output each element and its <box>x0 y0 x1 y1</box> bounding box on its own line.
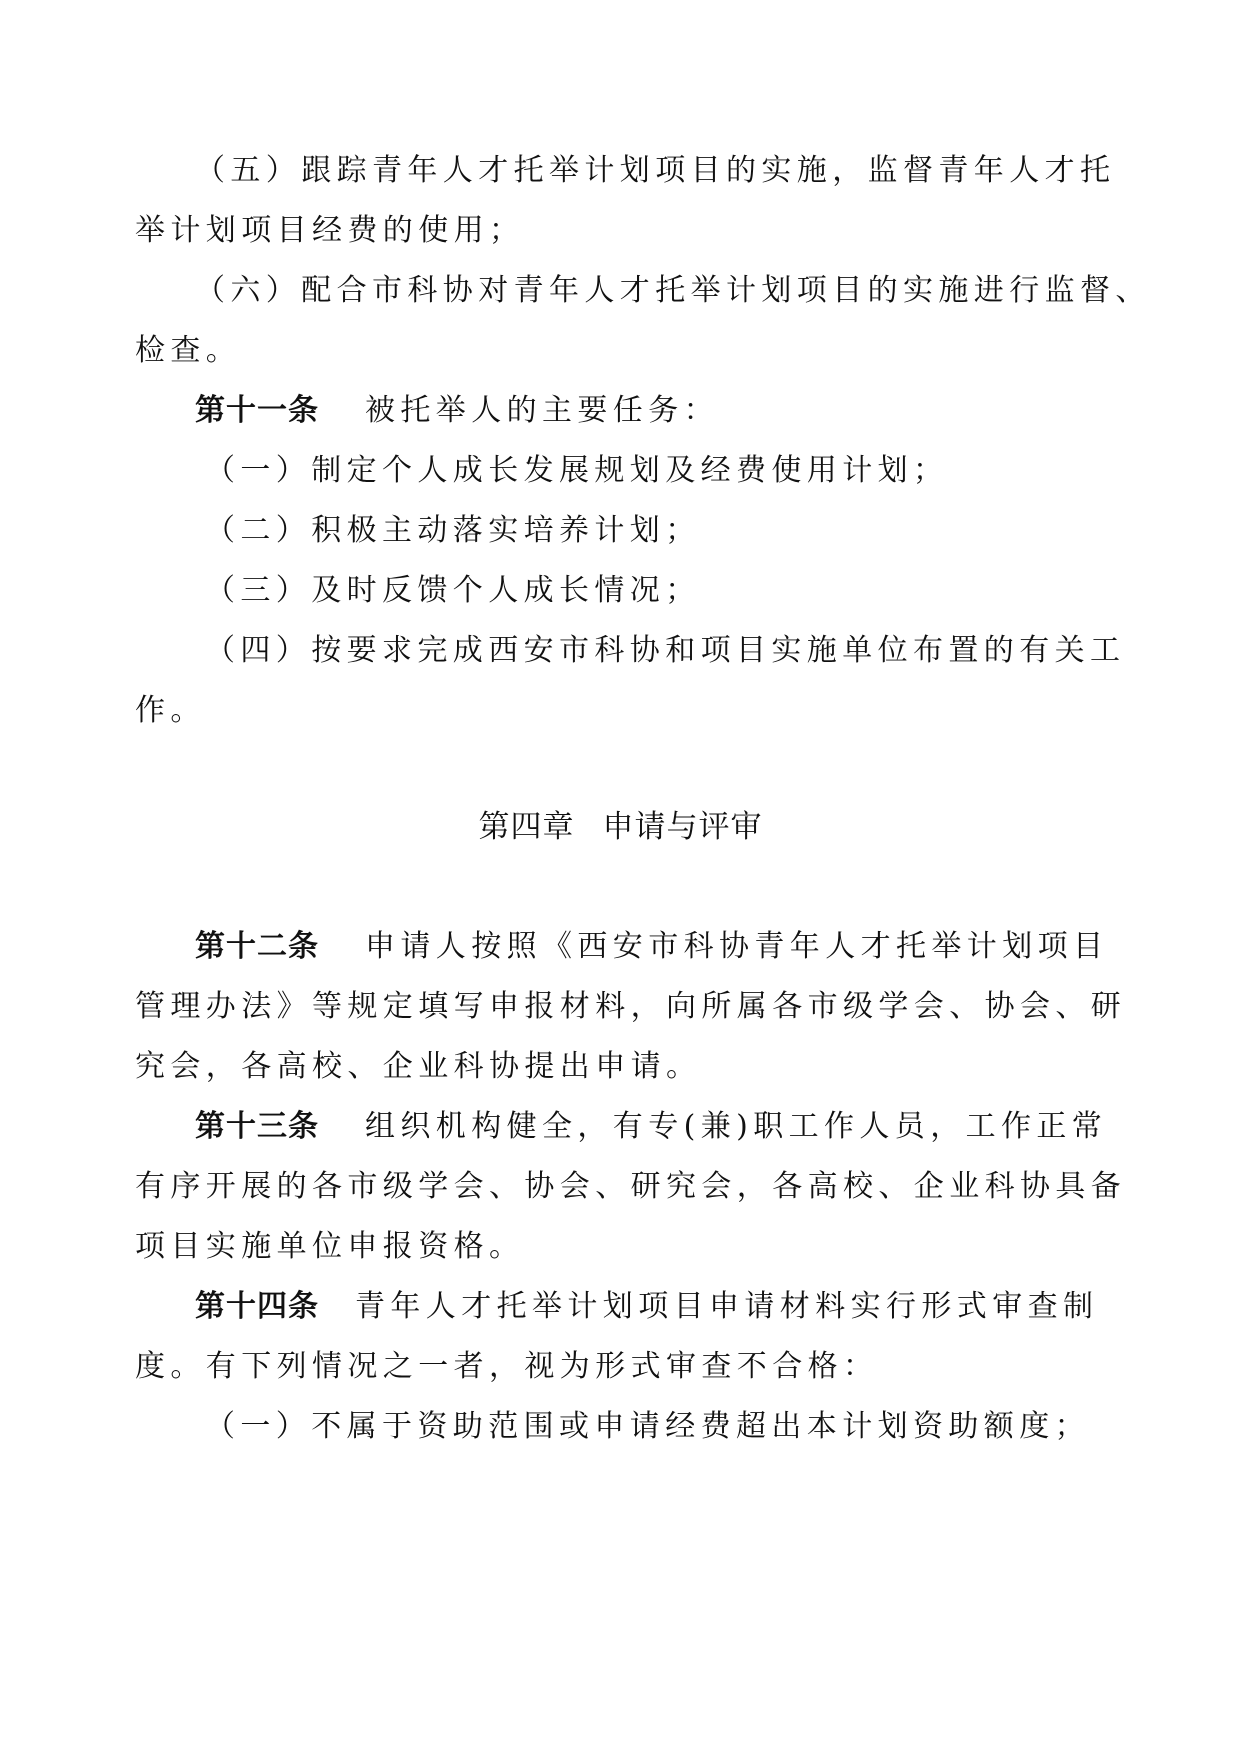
paragraph-line: 作。 <box>135 691 1115 731</box>
article-14: 第十四条青年人才托举计划项目申请材料实行形式审查制 <box>195 1287 1175 1327</box>
paragraph-line: 究会，各高校、企业科协提出申请。 <box>135 1047 1115 1087</box>
article-13: 第十三条组织机构健全，有专(兼)职工作人员，工作正常 <box>195 1107 1175 1147</box>
chapter-title: 申请与评审 <box>603 809 763 845</box>
article-text: 申请人按照《西安市科协青年人才托举计划项目 <box>365 929 1108 964</box>
paragraph-line: 项目实施单位申报资格。 <box>135 1227 1115 1267</box>
article-11: 第十一条被托举人的主要任务： <box>195 391 1175 431</box>
paragraph-line: 检查。 <box>135 331 1115 371</box>
list-item: （一）不属于资助范围或申请经费超出本计划资助额度； <box>205 1407 1185 1447</box>
list-item: （二）积极主动落实培养计划； <box>205 511 1185 551</box>
article-number: 第十一条 <box>195 393 319 428</box>
paragraph-line: 度。有下列情况之一者，视为形式审查不合格： <box>135 1347 1115 1387</box>
chapter-number: 第四章 <box>479 809 575 845</box>
paragraph-line: 管理办法》等规定填写申报材料，向所属各市级学会、协会、研 <box>135 987 1115 1027</box>
list-item: （三）及时反馈个人成长情况； <box>205 571 1185 611</box>
article-number: 第十三条 <box>195 1109 319 1144</box>
paragraph-line: （五）跟踪青年人才托举计划项目的实施，监督青年人才托 <box>195 151 1175 191</box>
article-text: 组织机构健全，有专(兼)职工作人员，工作正常 <box>365 1109 1107 1144</box>
article-number: 第十四条 <box>195 1289 319 1324</box>
article-text: 青年人才托举计划项目申请材料实行形式审查制 <box>355 1289 1098 1324</box>
list-item: （一）制定个人成长发展规划及经费使用计划； <box>205 451 1185 491</box>
chapter-heading: 第四章申请与评审 <box>0 807 1241 847</box>
article-number: 第十二条 <box>195 929 319 964</box>
document-page: （五）跟踪青年人才托举计划项目的实施，监督青年人才托 举计划项目经费的使用； （… <box>0 0 1241 1754</box>
article-12: 第十二条申请人按照《西安市科协青年人才托举计划项目 <box>195 927 1175 967</box>
paragraph-line: 有序开展的各市级学会、协会、研究会，各高校、企业科协具备 <box>135 1167 1115 1207</box>
list-item: （四）按要求完成西安市科协和项目实施单位布置的有关工 <box>205 631 1185 671</box>
paragraph-line: 举计划项目经费的使用； <box>135 211 1115 251</box>
paragraph-line: （六）配合市科协对青年人才托举计划项目的实施进行监督、 <box>195 271 1175 311</box>
article-text: 被托举人的主要任务： <box>365 393 719 428</box>
